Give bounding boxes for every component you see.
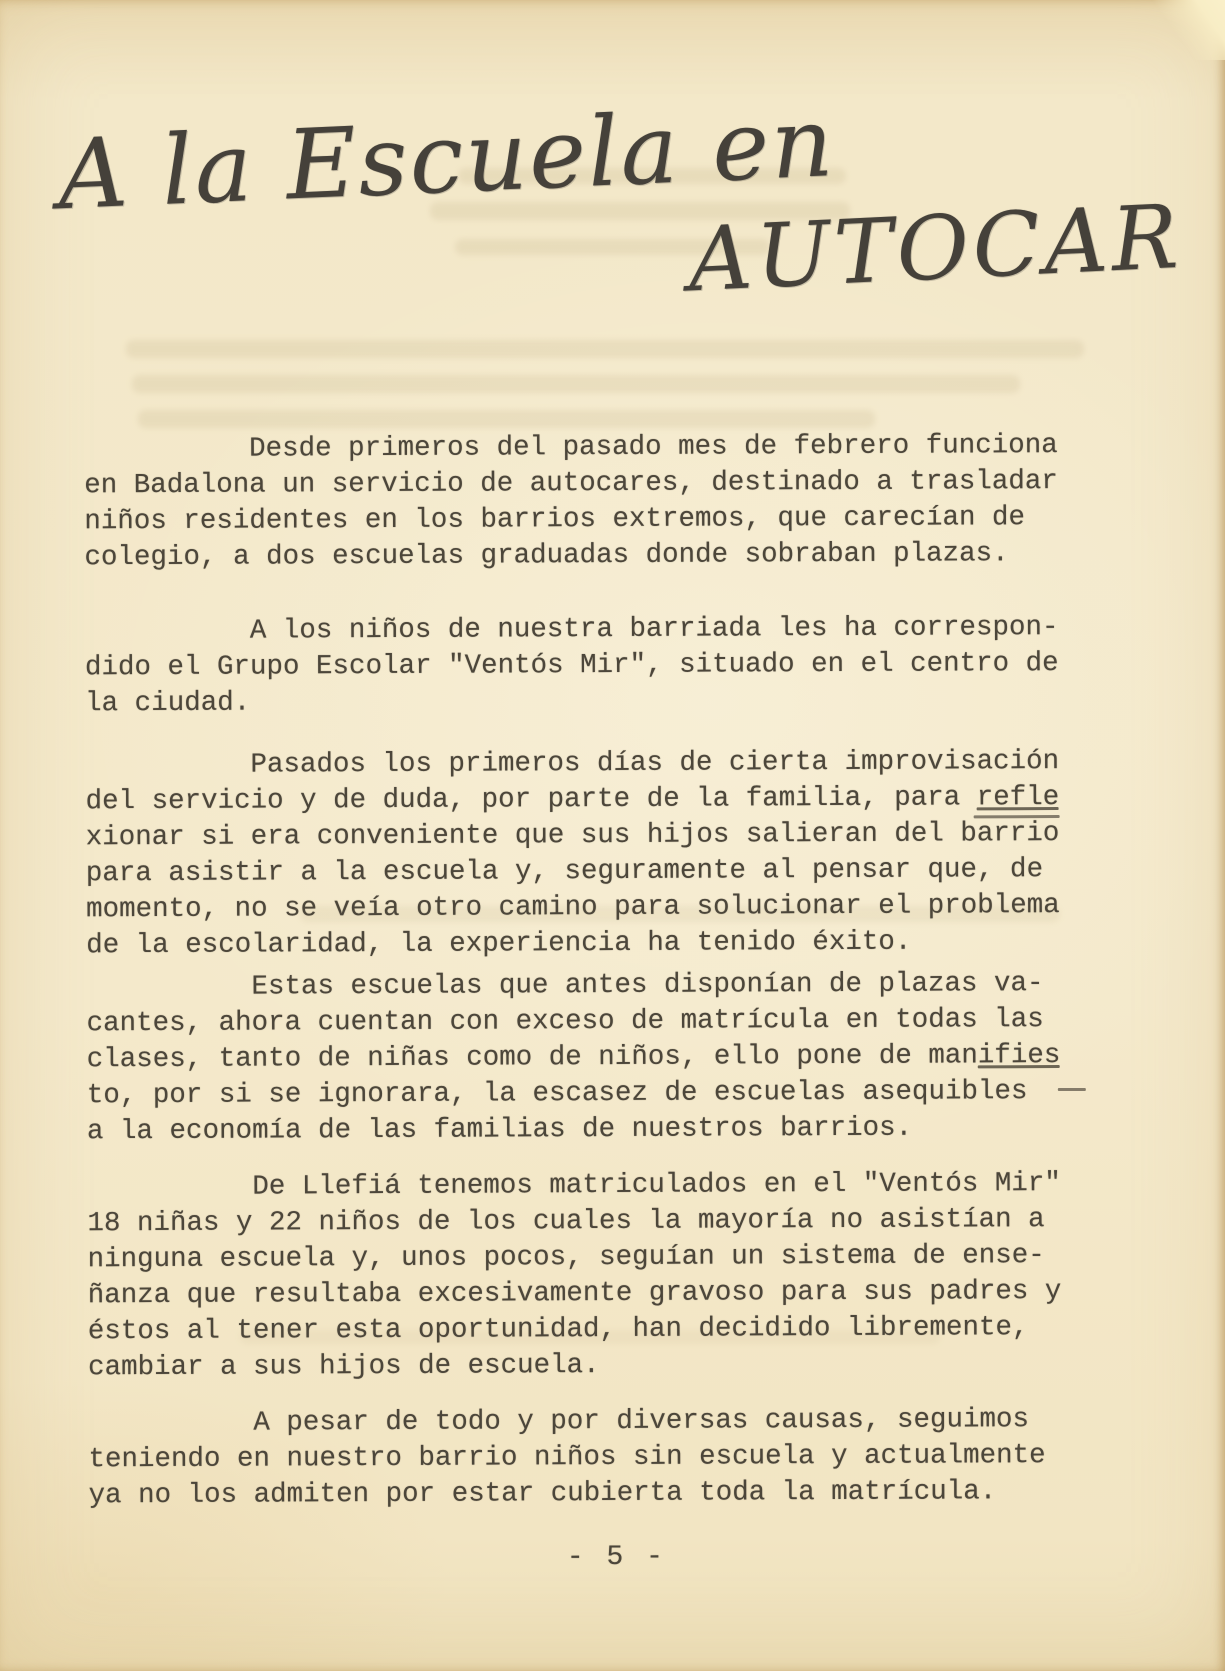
- typed-underline-refle-second: [974, 815, 1060, 818]
- paragraph-6: A pesar de todo y por diversas causas, s…: [88, 1402, 1098, 1514]
- typed-underline-refle: [977, 807, 1059, 810]
- paragraph-2: A los niños de nuestra barriada les ha c…: [85, 610, 1095, 722]
- page-content: A la Escuela en AUTOCAR Desde primeros d…: [0, 0, 1225, 1671]
- paragraph-3: Pasados los primeros días de cierta impr…: [85, 744, 1096, 964]
- typed-underline-manifies: [978, 1065, 1060, 1068]
- scanned-page: A la Escuela en AUTOCAR Desde primeros d…: [0, 0, 1225, 1671]
- article-title-script-autocar: AUTOCAR: [686, 185, 1184, 312]
- paragraph-5: De Llefiá tenemos matriculados en el "Ve…: [87, 1166, 1098, 1386]
- typed-underline-continuation-dash: [1058, 1088, 1086, 1091]
- paragraph-1: Desde primeros del pasado mes de febrero…: [84, 428, 1095, 576]
- paragraph-4: Estas escuelas que antes disponían de pl…: [86, 966, 1097, 1150]
- page-number: - 5 -: [4, 1539, 1225, 1575]
